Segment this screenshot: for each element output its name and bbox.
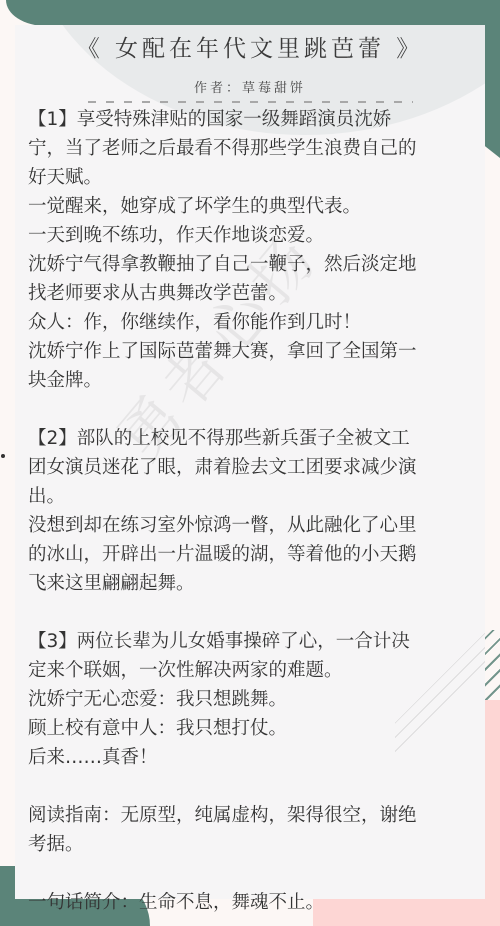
text-line: 的冰山，开辟出一片温暖的湖，等着他的小天鹅 xyxy=(28,540,468,569)
paragraph-spacer xyxy=(28,859,468,888)
bullet-dot-icon xyxy=(1,454,5,458)
text-line: 阅读指南：无原型，纯属虚构，架得很空，谢绝 xyxy=(28,801,468,830)
section-3: 【3】两位长辈为儿女婚事操碎了心，一合计决 定来个联姻，一次性解决两家的难题。 … xyxy=(28,627,468,772)
book-author: 作者：草莓甜饼 xyxy=(0,77,500,96)
text-line: 没想到却在练习室外惊鸿一瞥，从此融化了心里 xyxy=(28,511,468,540)
text-line: 一句话简介：生命不息，舞魂不止。 xyxy=(28,888,468,917)
book-title: 《 女配在年代文里跳芭蕾 》 xyxy=(0,30,500,63)
text-line: 沈娇宁气得拿教鞭抽了自己一鞭子，然后淡定地 xyxy=(28,250,468,279)
pink-right-block xyxy=(485,700,500,926)
paragraph-spacer xyxy=(28,395,468,424)
text-line: 【1】享受特殊津贴的国家一级舞蹈演员沈娇 xyxy=(28,105,468,134)
text-line: 顾上校有意中人：我只想打仗。 xyxy=(28,714,468,743)
text-line: 沈娇宁作上了国际芭蕾舞大赛，拿回了全国第一 xyxy=(28,337,468,366)
paragraph-spacer xyxy=(28,772,468,801)
reading-guide: 阅读指南：无原型，纯属虚构，架得很空，谢绝 考据。 xyxy=(28,801,468,859)
text-line: 【3】两位长辈为儿女婚事操碎了心，一合计决 xyxy=(28,627,468,656)
text-line: 飞来这里翩翩起舞。 xyxy=(28,569,468,598)
teal-top-band xyxy=(6,0,500,26)
text-line: 【2】部队的上校见不得那些新兵蛋子全被文工 xyxy=(28,424,468,453)
text-line: 好天赋。 xyxy=(28,163,468,192)
text-line: 一天到晚不练功，作天作地谈恋爱。 xyxy=(28,221,468,250)
text-line: 块金牌。 xyxy=(28,366,468,395)
text-line: 出。 xyxy=(28,482,468,511)
text-line: 团女演员迷花了眼，肃着脸去文工团要求减少演 xyxy=(28,453,468,482)
text-line: 众人：作，你继续作，看你能作到几时！ xyxy=(28,308,468,337)
synopsis-body: 【1】享受特殊津贴的国家一级舞蹈演员沈娇 宁，当了老师之后最看不得那些学生浪费自… xyxy=(28,105,468,917)
text-line: 一觉醒来，她穿成了坏学生的典型代表。 xyxy=(28,192,468,221)
text-line: 宁，当了老师之后最看不得那些学生浪费自己的 xyxy=(28,134,468,163)
diagonal-stripes-decoration xyxy=(485,630,500,700)
paragraph-spacer xyxy=(28,598,468,627)
text-line: 考据。 xyxy=(28,830,468,859)
section-1: 【1】享受特殊津贴的国家一级舞蹈演员沈娇 宁，当了老师之后最看不得那些学生浪费自… xyxy=(28,105,468,395)
text-line: 定来个联姻，一次性解决两家的难题。 xyxy=(28,656,468,685)
text-line: 找老师要求从古典舞改学芭蕾。 xyxy=(28,279,468,308)
one-line-summary: 一句话简介：生命不息，舞魂不止。 xyxy=(28,888,468,917)
text-line: 沈娇宁无心恋爱：我只想跳舞。 xyxy=(28,685,468,714)
text-line: 后来……真香！ xyxy=(28,743,468,772)
section-2: 【2】部队的上校见不得那些新兵蛋子全被文工 团女演员迷花了眼，肃着脸去文工团要求… xyxy=(28,424,468,598)
dashed-divider xyxy=(88,101,413,103)
